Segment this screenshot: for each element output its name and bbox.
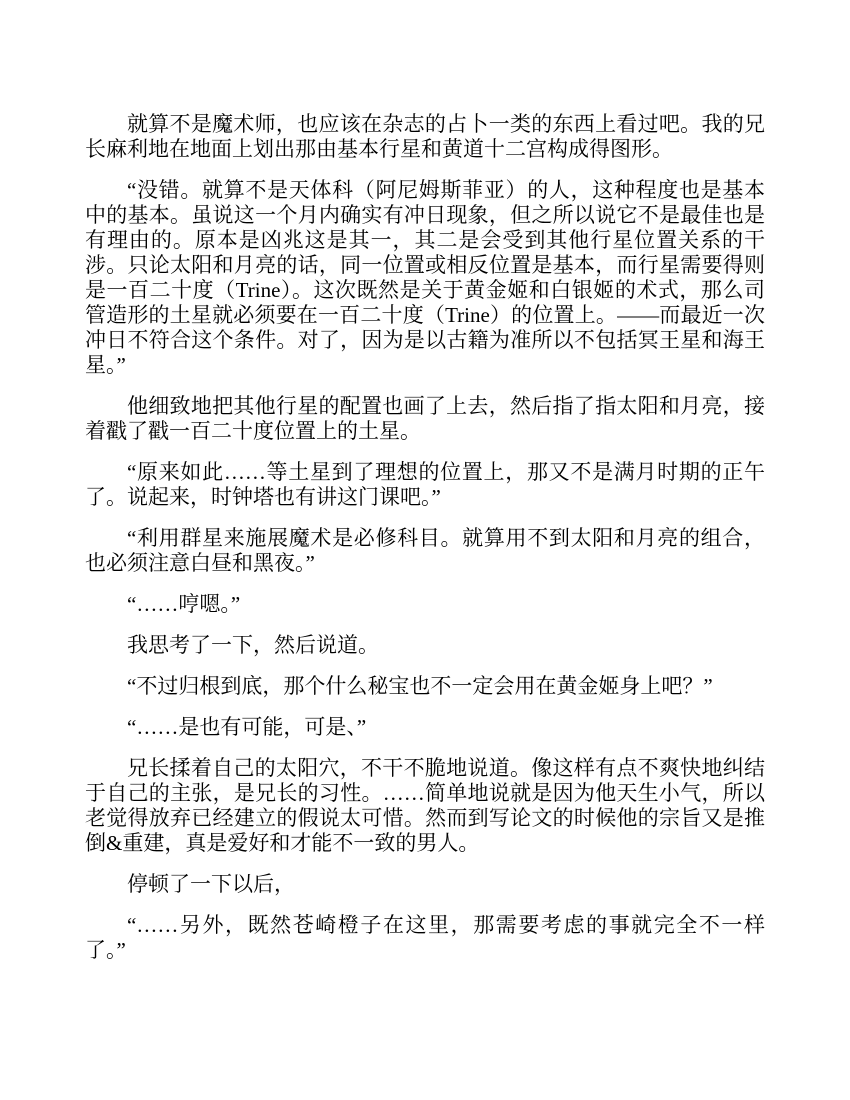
paragraph-dialogue-possible-but: “……是也有可能，可是、” (85, 715, 765, 740)
paragraph-narration-planet-drawing: 他细致地把其他行星的配置也画了上去，然后指了指太阳和月亮，接着戳了戳一百二十度位… (85, 394, 765, 444)
paragraph-dialogue-treasure-question: “不过归根到底，那个什么秘宝也不一定会用在黄金姬身上吧？” (85, 674, 765, 699)
paragraph-dialogue-astrology-explanation: “没错。就算不是天体科（阿尼姆斯菲亚）的人，这种程度也是基本中的基本。虽说这一个… (85, 178, 765, 378)
paragraph-dialogue-hum: “……哼嗯。” (85, 592, 765, 617)
paragraph-dialogue-stars-magic: “利用群星来施展魔术是必修科目。就算用不到太阳和月亮的组合，也必须注意白昼和黑夜… (85, 526, 765, 576)
paragraph-narration-thinking: 我思考了一下，然后说道。 (85, 633, 765, 658)
paragraph-narration-pause: 停顿了一下以后， (85, 872, 765, 897)
paragraph-dialogue-saturn-position: “原来如此……等土星到了理想的位置上，那又不是满月时期的正午了。说起来，时钟塔也… (85, 460, 765, 510)
paragraph-narration-brother-habit: 兄长揉着自己的太阳穴，不干不脆地说道。像这样有点不爽快地纠结于自己的主张，是兄长… (85, 756, 765, 856)
paragraph-dialogue-aozaki-touko: “……另外，既然苍崎橙子在这里，那需要考虑的事就完全不一样了。” (85, 913, 765, 963)
document-page: 就算不是魔术师，也应该在杂志的占卜一类的东西上看过吧。我的兄长麻利地在地面上划出… (0, 0, 850, 1100)
paragraph-narration-horoscope: 就算不是魔术师，也应该在杂志的占卜一类的东西上看过吧。我的兄长麻利地在地面上划出… (85, 112, 765, 162)
